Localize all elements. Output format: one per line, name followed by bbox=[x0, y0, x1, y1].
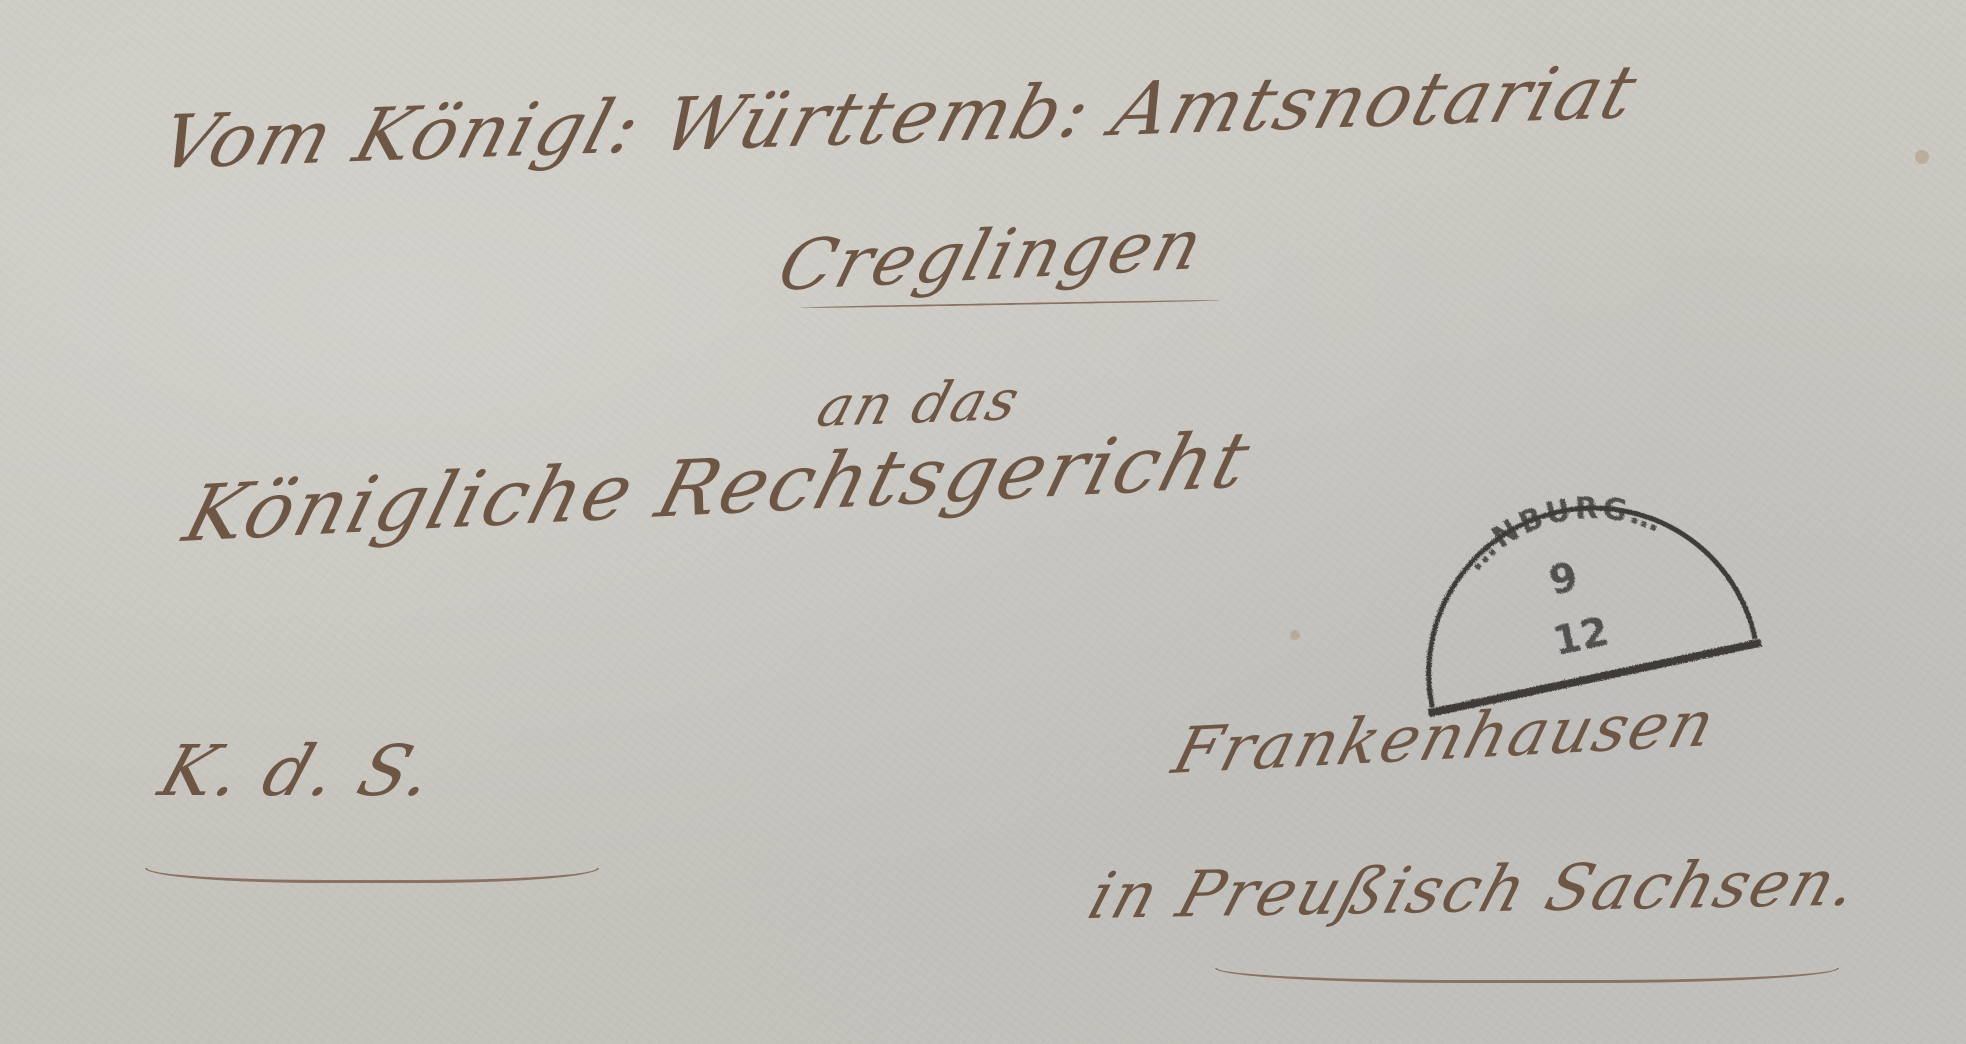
service-mark: K. d. S. bbox=[150, 730, 446, 812]
recipient-region: in Preußisch Sachsen. bbox=[1080, 847, 1869, 934]
postmark-day: 9 bbox=[1545, 554, 1582, 605]
paper-stain bbox=[1290, 630, 1300, 640]
postmark-month: 12 bbox=[1549, 609, 1613, 666]
paper-stain bbox=[1915, 150, 1929, 164]
